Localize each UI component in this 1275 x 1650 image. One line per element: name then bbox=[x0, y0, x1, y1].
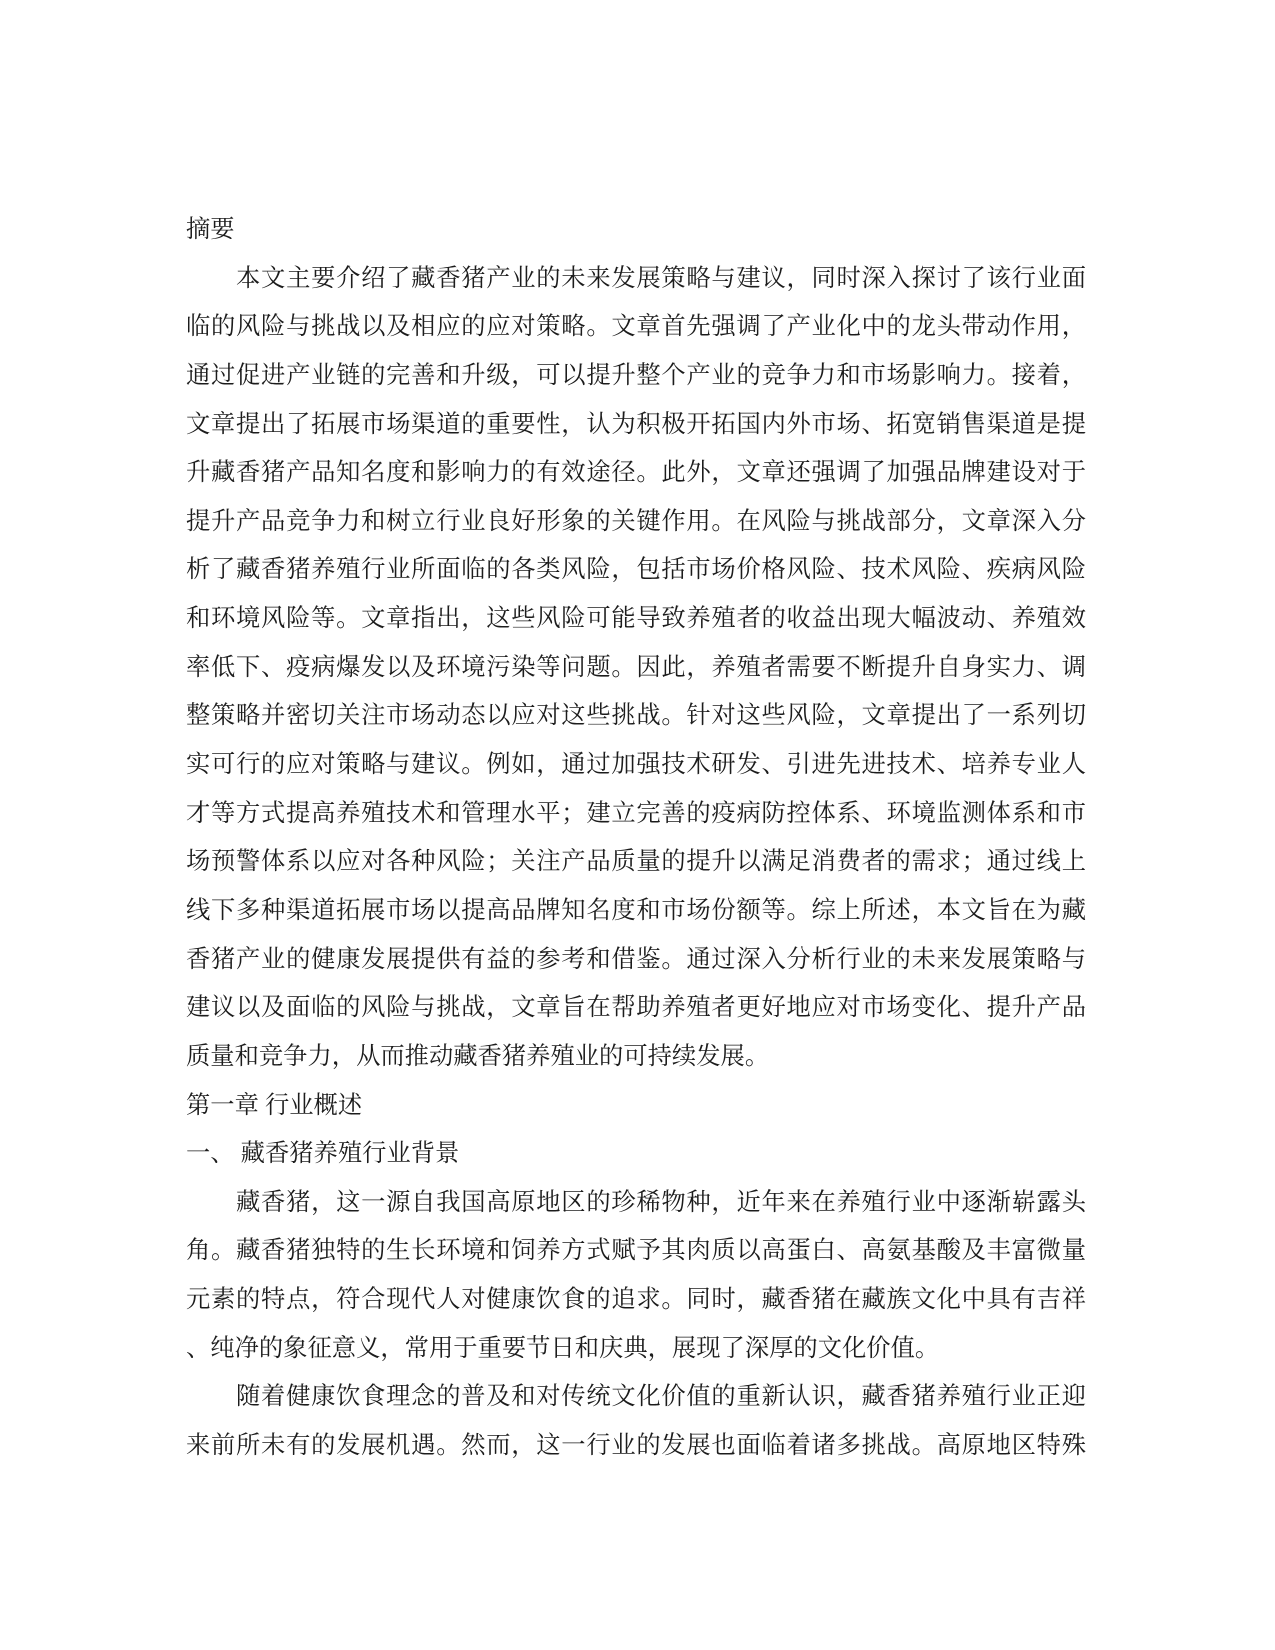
section-heading: 一、 藏香猪养殖行业背景 bbox=[186, 1130, 1086, 1179]
paragraph-line: 通过促进产业链的完善和升级，可以提升整个产业的竞争力和市场影响力。接着， bbox=[186, 352, 1086, 401]
paragraph-line: 质量和竞争力，从而推动藏香猪养殖业的可持续发展。 bbox=[186, 1033, 1086, 1082]
paragraph-line: 提升产品竞争力和树立行业良好形象的关键作用。在风险与挑战部分，文章深入分 bbox=[186, 498, 1086, 547]
document-page: 摘要 本文主要介绍了藏香猪产业的未来发展策略与建议，同时深入探讨了该行业面临的风… bbox=[0, 0, 1275, 1650]
paragraph-line: 实可行的应对策略与建议。例如，通过加强技术研发、引进先进技术、培养专业人 bbox=[186, 741, 1086, 790]
paragraph-line: 率低下、疫病爆发以及环境污染等问题。因此，养殖者需要不断提升自身实力、调 bbox=[186, 644, 1086, 693]
paragraph-line: 临的风险与挑战以及相应的应对策略。文章首先强调了产业化中的龙头带动作用， bbox=[186, 303, 1086, 352]
paragraph-line: 来前所未有的发展机遇。然而，这一行业的发展也面临着诸多挑战。高原地区特殊 bbox=[186, 1422, 1086, 1471]
paragraph-line: 文章提出了拓展市场渠道的重要性，认为积极开拓国内外市场、拓宽销售渠道是提 bbox=[186, 401, 1086, 450]
paragraph-line: 升藏香猪产品知名度和影响力的有效途径。此外，文章还强调了加强品牌建设对于 bbox=[186, 449, 1086, 498]
paragraph-line: 角。藏香猪独特的生长环境和饲养方式赋予其肉质以高蛋白、高氨基酸及丰富微量 bbox=[186, 1227, 1086, 1276]
paragraph-line: 析了藏香猪养殖行业所面临的各类风险，包括市场价格风险、技术风险、疾病风险 bbox=[186, 546, 1086, 595]
paragraph-line: 线下多种渠道拓展市场以提高品牌知名度和市场份额等。综上所述，本文旨在为藏 bbox=[186, 887, 1086, 936]
paragraph-line: 场预警体系以应对各种风险；关注产品质量的提升以满足消费者的需求；通过线上 bbox=[186, 838, 1086, 887]
paragraph-line: 、纯净的象征意义，常用于重要节日和庆典，展现了深厚的文化价值。 bbox=[186, 1325, 1086, 1374]
paragraph-line: 香猪产业的健康发展提供有益的参考和借鉴。通过深入分析行业的未来发展策略与 bbox=[186, 936, 1086, 985]
paragraph-line: 本文主要介绍了藏香猪产业的未来发展策略与建议，同时深入探讨了该行业面 bbox=[186, 255, 1086, 304]
document-body: 摘要 本文主要介绍了藏香猪产业的未来发展策略与建议，同时深入探讨了该行业面临的风… bbox=[186, 206, 1086, 1471]
chapter-heading: 第一章 行业概述 bbox=[186, 1082, 1086, 1131]
abstract-title: 摘要 bbox=[186, 206, 1086, 255]
paragraph-line: 建议以及面临的风险与挑战，文章旨在帮助养殖者更好地应对市场变化、提升产品 bbox=[186, 984, 1086, 1033]
paragraph-line: 随着健康饮食理念的普及和对传统文化价值的重新认识，藏香猪养殖行业正迎 bbox=[186, 1373, 1086, 1422]
paragraph-line: 和环境风险等。文章指出，这些风险可能导致养殖者的收益出现大幅波动、养殖效 bbox=[186, 595, 1086, 644]
paragraph-line: 整策略并密切关注市场动态以应对这些挑战。针对这些风险，文章提出了一系列切 bbox=[186, 692, 1086, 741]
paragraph-line: 才等方式提高养殖技术和管理水平；建立完善的疫病防控体系、环境监测体系和市 bbox=[186, 790, 1086, 839]
paragraph-line: 藏香猪，这一源自我国高原地区的珍稀物种，近年来在养殖行业中逐渐崭露头 bbox=[186, 1179, 1086, 1228]
paragraph-line: 元素的特点，符合现代人对健康饮食的追求。同时，藏香猪在藏族文化中具有吉祥 bbox=[186, 1276, 1086, 1325]
